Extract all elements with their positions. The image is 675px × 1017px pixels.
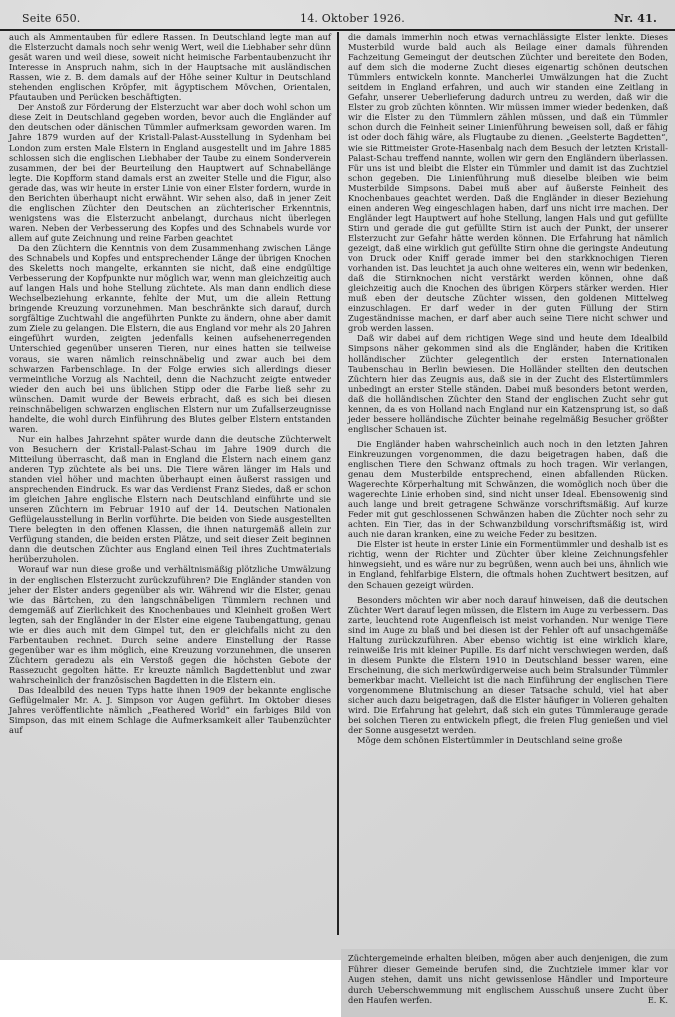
- article-column-right: die damals immerhin noch etwas vernachlä…: [348, 32, 668, 745]
- page-number: Seite 650.: [22, 12, 80, 25]
- issue-date: 14. Oktober 1926.: [300, 12, 405, 25]
- article-column-left: auch als Ammentauben für edlere Rassen. …: [9, 32, 331, 735]
- newspaper-page: Seite 650. 14. Oktober 1926. Nr. 41. auc…: [0, 0, 675, 1017]
- paragraph: Nur ein halbes Jahrzehnt später wurde da…: [9, 434, 331, 565]
- paragraph: Daß wir dabei auf dem richtigen Wege sin…: [348, 333, 668, 433]
- closing-paragraph: Züchtergemeinde erhalten bleiben, mögen …: [341, 949, 675, 1006]
- paragraph: Besonders möchten wir aber noch darauf h…: [348, 595, 668, 736]
- paragraph: Das Idealbild des neuen Typs hatte ihnen…: [9, 685, 331, 735]
- paragraph: Möge dem schönen Elstertümmler in Deutsc…: [348, 735, 668, 745]
- closing-paragraph-box: Züchtergemeinde erhalten bleiben, mögen …: [341, 949, 675, 1017]
- paragraph: die damals immerhin noch etwas vernachlä…: [348, 32, 668, 333]
- author-signature: E. K.: [648, 995, 668, 1006]
- paragraph: Da den Züchtern die Kenntnis von dem Zus…: [9, 243, 331, 434]
- paragraph: Die Engländer haben wahrscheinlich auch …: [348, 439, 668, 539]
- paragraph: auch als Ammentauben für edlere Rassen. …: [9, 32, 331, 102]
- header-rule: [0, 29, 675, 31]
- paragraph: Der Anstoß zur Förderung der Elsterzucht…: [9, 102, 331, 243]
- issue-number: Nr. 41.: [614, 12, 657, 25]
- paragraph: Worauf war nun diese große und verhältni…: [9, 564, 331, 685]
- closing-text: Züchtergemeinde erhalten bleiben, mögen …: [348, 953, 668, 1005]
- page-header: Seite 650. 14. Oktober 1926. Nr. 41.: [0, 4, 675, 26]
- paragraph: Die Elster ist heute in erster Linie ein…: [348, 539, 668, 589]
- column-divider: [337, 32, 339, 935]
